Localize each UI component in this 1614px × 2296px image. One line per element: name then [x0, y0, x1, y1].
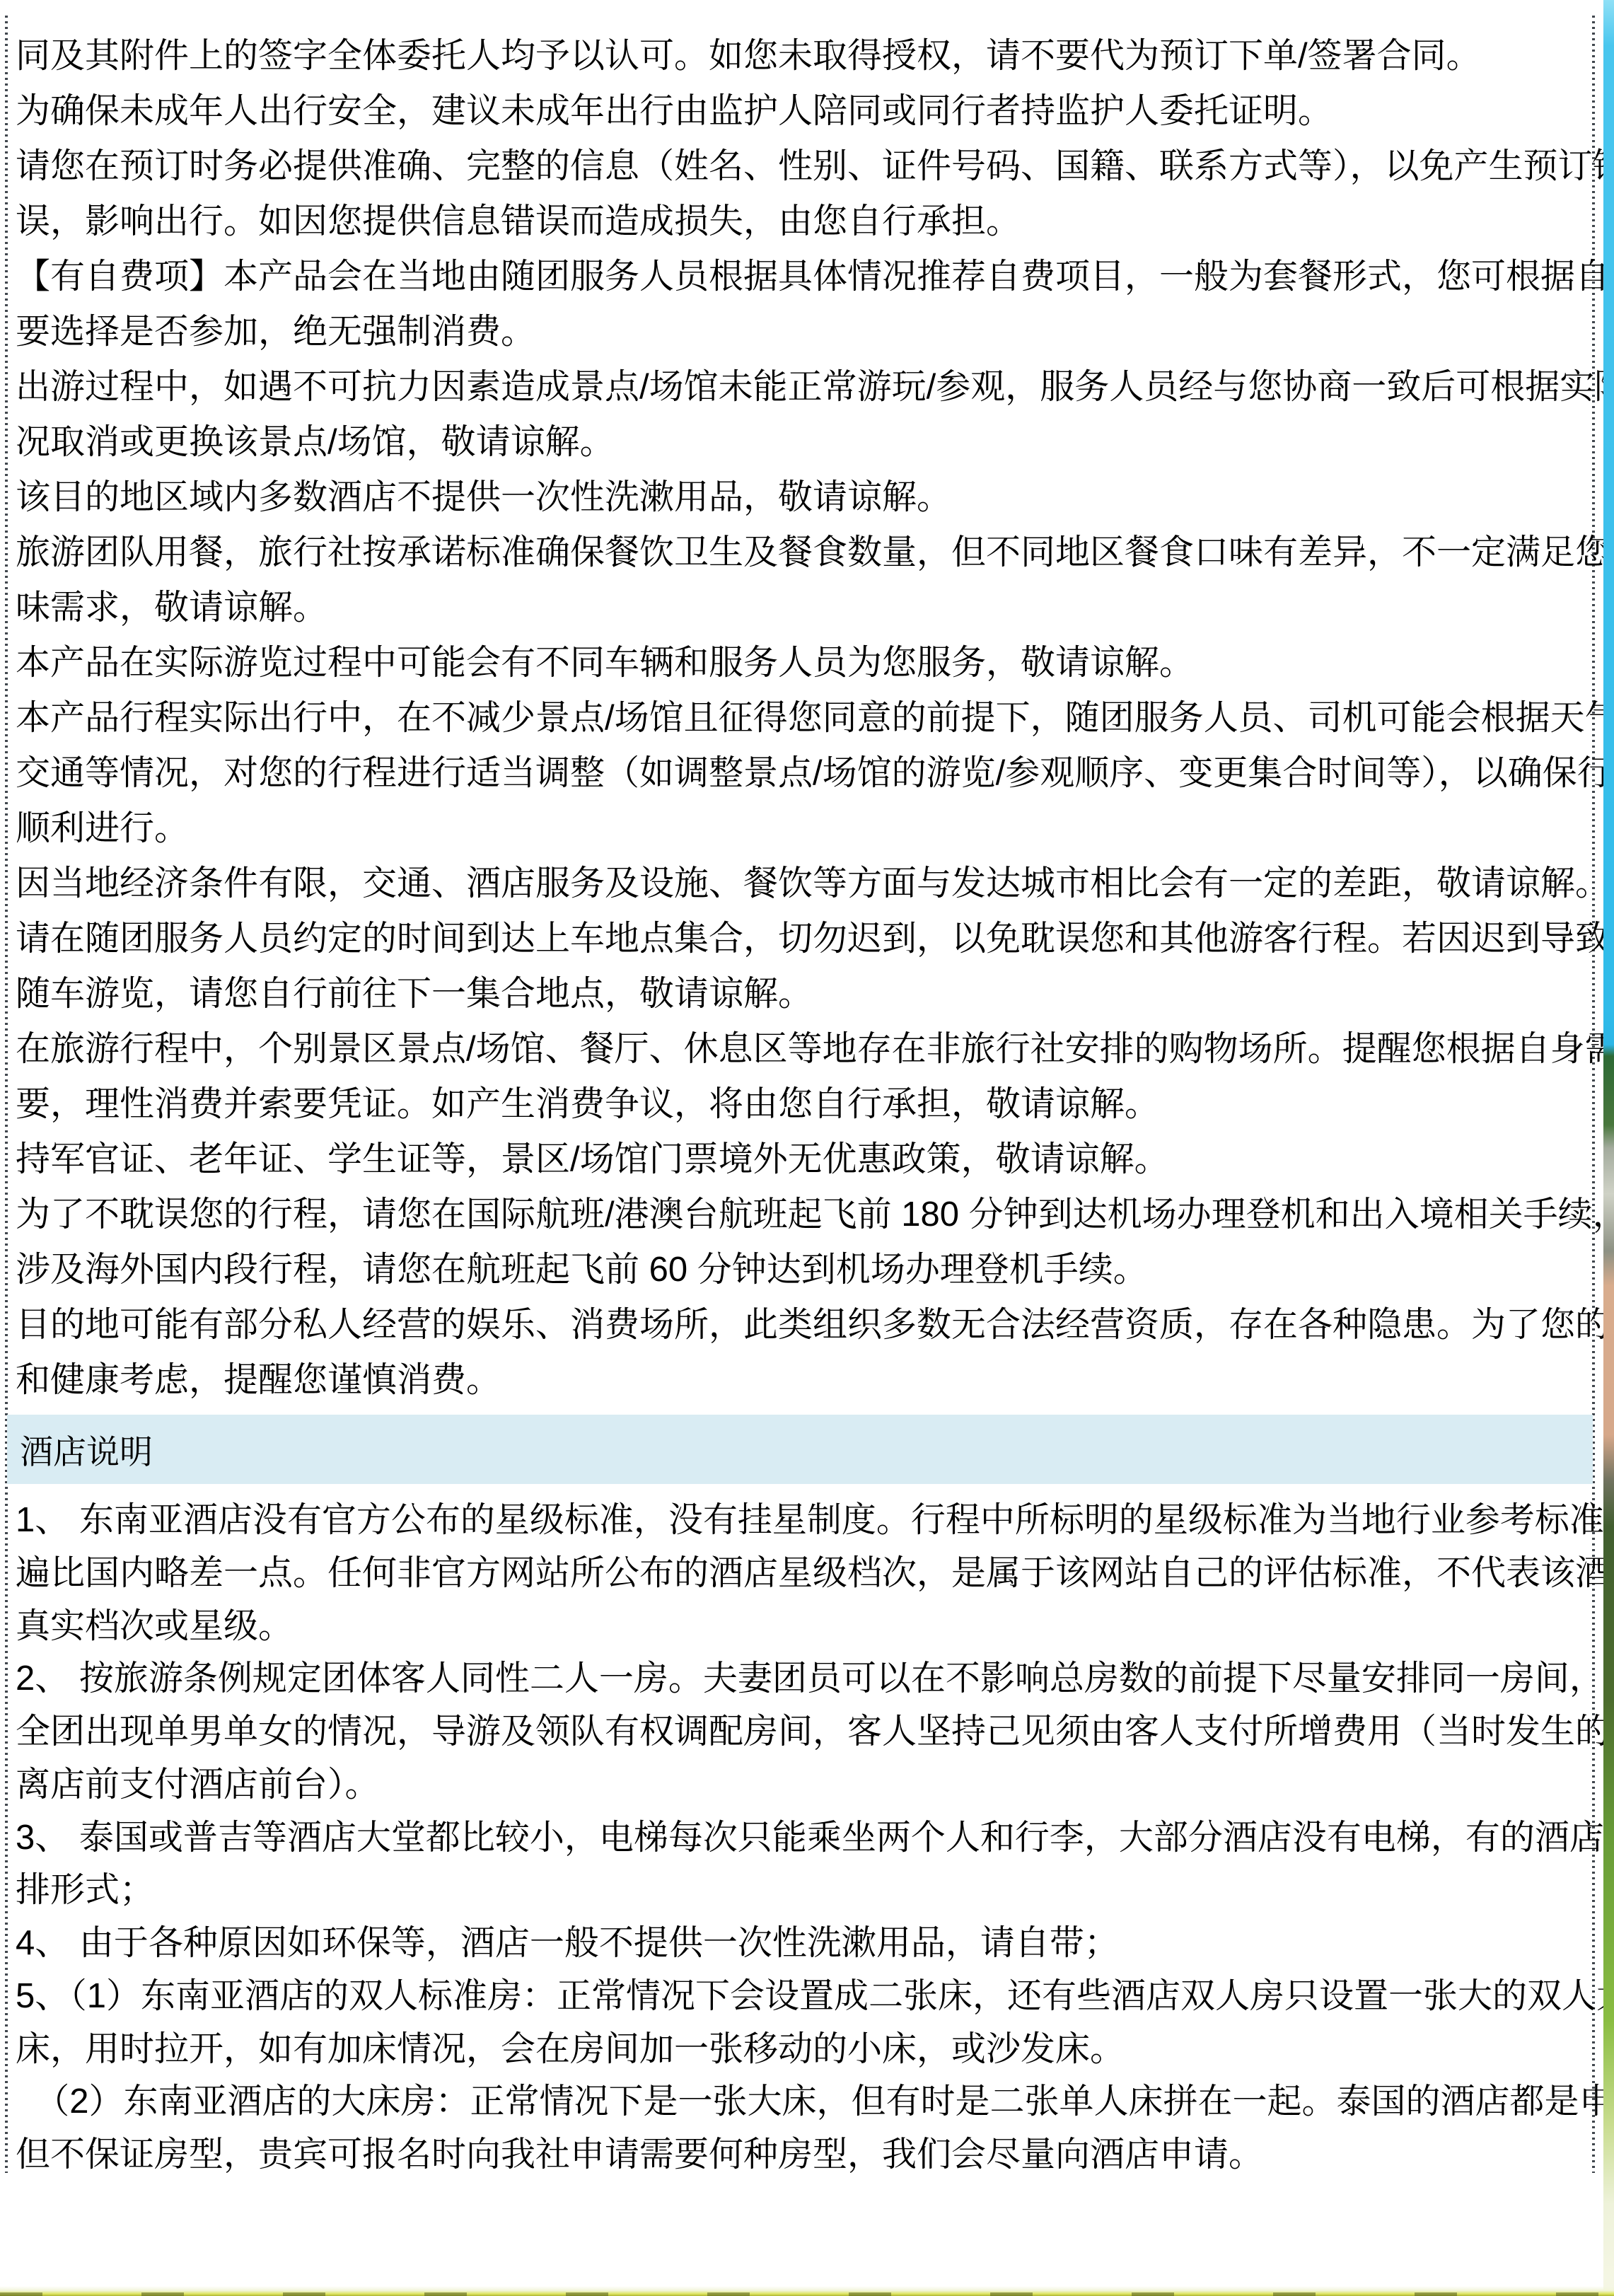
text-line: 全团出现单男单女的情况，导游及领队有权调配房间，客人坚持己见须由客人支付所增费用…	[16, 1705, 1593, 1758]
hotel-notes-header: 酒店说明	[20, 1426, 153, 1473]
general-notes-text: 同及其附件上的签字全体委托人均予以认可。如您未取得授权，请不要代为预订下单/签署…	[16, 28, 1593, 1408]
text-line: 在旅游行程中，个别景区景点/场馆、餐厅、休息区等地存在非旅行社安排的购物场所。提…	[16, 1021, 1593, 1077]
text-line: 误，影响出行。如因您提供信息错误而造成损失，由您自行承担。	[16, 194, 1593, 249]
bottom-photo-strip-line	[0, 2292, 1614, 2296]
text-line: 要，理性消费并索要凭证。如产生消费争议，将由您自行承担，敬请谅解。	[16, 1077, 1593, 1132]
hotel-notes-text: 1、 东南亚酒店没有官方公布的星级标准，没有挂星制度。行程中所标明的星级标准为当…	[16, 1494, 1593, 2181]
text-line: 床，用时拉开，如有加床情况，会在房间加一张移动的小床，或沙发床。	[16, 2023, 1593, 2076]
text-line: 随车游览，请您自行前往下一集合地点，敬请谅解。	[16, 966, 1593, 1021]
text-line: 和健康考虑，提醒您谨慎消费。	[16, 1352, 1593, 1408]
text-line: 持军官证、老年证、学生证等，景区/场馆门票境外无优惠政策，敬请谅解。	[16, 1132, 1593, 1187]
text-line: 同及其附件上的签字全体委托人均予以认可。如您未取得授权，请不要代为预订下单/签署…	[16, 28, 1593, 83]
left-dotted-border	[5, 16, 8, 2173]
text-line: 但不保证房型，贵宾可报名时向我社申请需要何种房型，我们会尽量向酒店申请。	[16, 2128, 1593, 2181]
text-line: 味需求，敬请谅解。	[16, 580, 1593, 635]
text-line: 排形式；	[16, 1864, 1593, 1917]
text-line: 为了不耽误您的行程，请您在国际航班/港澳台航班起飞前 180 分钟到达机场办理登…	[16, 1187, 1593, 1242]
text-line: 【有自费项】本产品会在当地由随团服务人员根据具体情况推荐自费项目，一般为套餐形式…	[16, 249, 1593, 304]
text-line: 涉及海外国内段行程，请您在航班起飞前 60 分钟达到机场办理登机手续。	[16, 1242, 1593, 1297]
text-line: 出游过程中，如遇不可抗力因素造成景点/场馆未能正常游玩/参观，服务人员经与您协商…	[16, 359, 1593, 414]
text-line: 因当地经济条件有限，交通、酒店服务及设施、餐饮等方面与发达城市相比会有一定的差距…	[16, 856, 1593, 911]
text-line: 况取消或更换该景点/场馆，敬请谅解。	[16, 414, 1593, 470]
text-line: 1、 东南亚酒店没有官方公布的星级标准，没有挂星制度。行程中所标明的星级标准为当…	[16, 1494, 1593, 1547]
text-line: 离店前支付酒店前台）。	[16, 1758, 1593, 1811]
text-line: 本产品在实际游览过程中可能会有不同车辆和服务人员为您服务，敬请谅解。	[16, 635, 1593, 690]
text-line: 为确保未成年人出行安全，建议未成年出行由监护人陪同或同行者持监护人委托证明。	[16, 83, 1593, 139]
text-line: 请您在预订时务必提供准确、完整的信息（姓名、性别、证件号码、国籍、联系方式等），…	[16, 139, 1593, 194]
text-line: （2）东南亚酒店的大床房：正常情况下是一张大床，但有时是二张单人床拼在一起。泰国…	[16, 2075, 1593, 2128]
text-line: 遍比国内略差一点。任何非官方网站所公布的酒店星级档次，是属于该网站自己的评估标准…	[16, 1547, 1593, 1600]
text-line: 要选择是否参加，绝无强制消费。	[16, 304, 1593, 359]
text-line: 请在随团服务人员约定的时间到达上车地点集合，切勿迟到，以免耽误您和其他游客行程。…	[16, 911, 1593, 966]
page: { "colors": { "page_bg": "#ffffff", "tex…	[0, 0, 1614, 2296]
text-line: 3、 泰国或普吉等酒店大堂都比较小，电梯每次只能乘坐两个人和行李，大部分酒店没有…	[16, 1811, 1593, 1865]
text-line: 4、 由于各种原因如环保等，酒店一般不提供一次性洗漱用品，请自带；	[16, 1917, 1593, 1970]
right-edge-photo-sliver	[1603, 0, 1614, 2296]
text-line: 5、（1）东南亚酒店的双人标准房：正常情况下会设置成二张床，还有些酒店双人房只设…	[16, 1970, 1593, 2023]
text-line: 该目的地区域内多数酒店不提供一次性洗漱用品，敬请谅解。	[16, 470, 1593, 525]
text-line: 旅游团队用餐，旅行社按承诺标准确保餐饮卫生及餐食数量，但不同地区餐食口味有差异，…	[16, 525, 1593, 580]
text-line: 真实档次或星级。	[16, 1600, 1593, 1653]
text-line: 本产品行程实际出行中，在不减少景点/场馆且征得您同意的前提下，随团服务人员、司机…	[16, 690, 1593, 746]
bottom-photo-strip	[0, 2286, 1614, 2296]
hotel-notes-header-bar: 酒店说明	[7, 1415, 1593, 1484]
text-line: 交通等情况，对您的行程进行适当调整（如调整景点/场馆的游览/参观顺序、变更集合时…	[16, 746, 1593, 801]
text-line: 2、 按旅游条例规定团体客人同性二人一房。夫妻团员可以在不影响总房数的前提下尽量…	[16, 1652, 1593, 1705]
text-line: 目的地可能有部分私人经营的娱乐、消费场所，此类组织多数无合法经营资质，存在各种隐…	[16, 1297, 1593, 1352]
text-line: 顺利进行。	[16, 801, 1593, 856]
